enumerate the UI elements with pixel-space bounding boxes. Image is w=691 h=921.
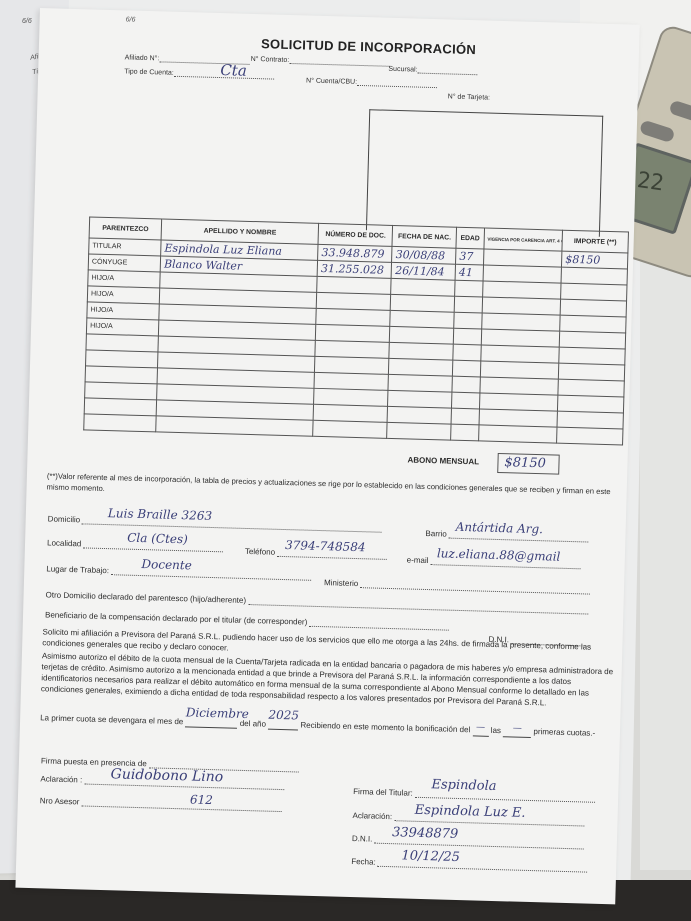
cell-doc-value: 33.948.879: [321, 246, 384, 261]
workplace-value: Docente: [141, 557, 192, 572]
first-fee-year-value: 2025: [268, 708, 299, 723]
las-label: las: [491, 726, 501, 735]
branch-label: Sucursal:: [388, 66, 417, 74]
cell-relation: [85, 366, 158, 384]
phone-value: 3794-748584: [285, 538, 366, 554]
locality-value: Cla (Ctes): [127, 531, 188, 547]
holder-signature-value: Espindola: [431, 777, 496, 794]
first-fee-year-field[interactable]: 2025: [268, 720, 298, 731]
first-fee-line: La primer cuota se devengara el mes de D…: [40, 713, 595, 739]
monthly-fee-value: $8150: [504, 455, 546, 471]
holder-dni-field[interactable]: D.N.I. 33948879: [352, 834, 585, 849]
ministry-field[interactable]: Ministerio: [324, 578, 590, 594]
cell-birth[interactable]: [388, 374, 452, 392]
address-label: Domicilio: [48, 514, 81, 524]
email-label: e-mail: [407, 555, 429, 565]
cell-name-value: Espindola Luz Eliana: [164, 242, 282, 258]
other-address-label: Otro Domicilio declarado del parentesco …: [45, 590, 246, 605]
neighborhood-value: Antártida Arg.: [455, 520, 543, 536]
las-value: —: [513, 723, 522, 733]
cell-amount[interactable]: $8150: [562, 251, 628, 269]
branch-field[interactable]: Sucursal:: [388, 64, 477, 75]
col-header-doc: NÚMERO DE DOC.: [318, 223, 393, 246]
account-type-value: Cta: [220, 61, 247, 80]
advisor-value: 612: [190, 792, 213, 807]
neighborhood-field[interactable]: Barrio Antártida Arg.: [425, 529, 589, 543]
desk-surface: [640, 250, 691, 870]
cell-birth[interactable]: [387, 422, 451, 440]
footnote: (**)Valor referente al mes de incorporac…: [46, 470, 626, 508]
cell-birth[interactable]: 26/11/84: [392, 262, 456, 280]
incorporation-form-sheet: 6/6 SOLICITUD DE INCORPORACIÓN Afiliado …: [15, 8, 639, 904]
date-value: 10/12/25: [401, 848, 460, 865]
cell-age-value: 37: [459, 250, 473, 263]
cell-birth[interactable]: 30/08/88: [392, 246, 456, 264]
cell-relation: [86, 334, 159, 352]
beneficiary-label: Beneficiario de la compensación declarad…: [45, 610, 308, 626]
cell-age[interactable]: [454, 312, 482, 329]
col-header-birth: FECHA DE NAC.: [392, 225, 456, 248]
cell-birth[interactable]: [391, 294, 455, 312]
account-cbu-field[interactable]: N° Cuenta/CBU:: [306, 75, 437, 88]
cell-age[interactable]: [451, 424, 479, 441]
cell-age[interactable]: [452, 376, 480, 393]
affiliate-label: Afiliado N°:: [125, 54, 160, 62]
cell-age[interactable]: 41: [455, 264, 483, 281]
col-header-relation: PARENTEZCO: [89, 217, 162, 240]
cell-age[interactable]: [454, 296, 482, 313]
cell-relation: CÓNYUGE: [88, 254, 161, 272]
first-fee-bonus-text: Recibiendo en este momento la bonificaci…: [300, 721, 470, 735]
col-header-waiting: VIGENCIA POR CARENCIA ART. 4 CONDICIONES…: [484, 228, 563, 251]
first-fee-prefix: La primer cuota se devengara el mes de: [40, 713, 183, 726]
holder-signature-label: Firma del Titular:: [353, 787, 413, 798]
cell-amount[interactable]: [559, 331, 625, 349]
holder-signature-field[interactable]: Firma del Titular: Espindola: [353, 787, 595, 803]
cell-age[interactable]: [452, 360, 480, 377]
cell-amount-value: $8150: [565, 253, 600, 267]
cell-amount[interactable]: [557, 427, 623, 445]
cell-birth[interactable]: [389, 358, 453, 376]
cell-amount[interactable]: [560, 315, 626, 333]
card-number-field[interactable]: N° de Tarjeta:: [448, 93, 491, 101]
cell-birth[interactable]: [388, 390, 452, 408]
back-page-number: 6/6: [22, 18, 32, 25]
holder-clarification-label: Aclaración:: [352, 811, 392, 821]
cell-relation: [84, 414, 157, 432]
phone-label: Teléfono: [245, 547, 275, 557]
card-number-box: [366, 109, 603, 236]
account-type-label: Tipo de Cuenta:: [124, 68, 174, 76]
holder-clarification-field[interactable]: Aclaración: Espindola Luz E.: [352, 811, 584, 826]
cell-age[interactable]: [455, 280, 483, 297]
cell-amount[interactable]: [560, 299, 626, 317]
contract-field[interactable]: N° Contrato:: [251, 54, 390, 67]
cell-waiting[interactable]: [478, 425, 557, 443]
date-label: Fecha:: [351, 857, 376, 867]
advisor-field[interactable]: Nro Asesor 612: [40, 796, 282, 812]
cell-age[interactable]: [453, 344, 481, 361]
workplace-field[interactable]: Lugar de Trabajo: Docente: [46, 564, 311, 580]
ministry-label: Ministerio: [324, 578, 358, 588]
card-number-label: N° de Tarjeta:: [448, 93, 491, 101]
cell-name[interactable]: [156, 416, 313, 436]
cell-age[interactable]: 37: [456, 248, 484, 265]
first-fee-month-field[interactable]: Diciembre: [185, 717, 237, 728]
las-field[interactable]: —: [503, 726, 531, 738]
holder-dni-label: D.N.I.: [352, 834, 373, 844]
cell-birth[interactable]: [390, 326, 454, 344]
account-cbu-label: N° Cuenta/CBU:: [306, 77, 357, 85]
first-fee-suffix: primeras cuotas.-: [533, 727, 595, 738]
col-header-amount: IMPORTE (**): [562, 230, 628, 253]
cell-amount[interactable]: [559, 363, 625, 381]
cell-birth[interactable]: [390, 310, 454, 328]
neighborhood-label: Barrio: [425, 529, 447, 539]
date-field[interactable]: Fecha: 10/12/25: [351, 857, 588, 873]
first-fee-month-value: Diciembre: [186, 705, 249, 721]
cell-birth-value: 30/08/88: [396, 248, 446, 262]
form-title: SOLICITUD DE INCORPORACIÓN: [261, 36, 476, 57]
locality-field[interactable]: Localidad Cla (Ctes): [47, 538, 223, 552]
cell-amount[interactable]: [561, 267, 627, 285]
cell-amount[interactable]: [559, 347, 625, 365]
cell-age[interactable]: [451, 408, 479, 425]
calc-button: [639, 119, 676, 143]
cell-age[interactable]: [453, 328, 481, 345]
other-address-field[interactable]: Otro Domicilio declarado del parentesco …: [45, 590, 588, 614]
witness-clarification-label: Aclaración :: [40, 774, 82, 784]
advisor-label: Nro Asesor: [40, 796, 80, 806]
workplace-label: Lugar de Trabajo:: [46, 564, 109, 575]
account-type-field[interactable]: Tipo de Cuenta: Cta: [124, 66, 274, 79]
cell-amount[interactable]: [561, 283, 627, 301]
address-field[interactable]: Domicilio Luis Braille 3263: [48, 514, 383, 532]
contract-label: N° Contrato:: [251, 56, 290, 64]
bonus-value: —: [476, 722, 485, 732]
cell-doc[interactable]: [313, 420, 388, 438]
page-number: 6/6: [126, 16, 136, 23]
holder-dni-value: 33948879: [392, 825, 459, 842]
address-value: Luis Braille 3263: [108, 506, 213, 523]
cell-name-value: Blanco Walter: [164, 258, 242, 273]
cell-amount[interactable]: [557, 411, 623, 429]
monthly-fee-label: ABONO MENSUAL: [407, 455, 479, 466]
calc-button: [668, 100, 691, 124]
cell-relation: HIJO/A: [87, 286, 160, 304]
cell-birth[interactable]: [391, 278, 455, 296]
witness-clarification-field[interactable]: Aclaración : Guidobono Lino: [40, 774, 284, 790]
monthly-fee-field[interactable]: $8150: [497, 453, 560, 475]
col-header-age: EDAD: [456, 227, 484, 249]
cell-doc-value: 31.255.028: [321, 262, 384, 277]
cell-birth-value: 26/11/84: [395, 264, 445, 278]
cell-birth[interactable]: [389, 342, 453, 360]
phone-field[interactable]: Teléfono 3794-748584: [245, 547, 387, 560]
email-field[interactable]: e-mail luz.eliana.88@gmail: [407, 555, 581, 569]
bonus-field[interactable]: —: [472, 725, 488, 736]
cell-age-value: 41: [459, 266, 473, 279]
members-table: PARENTEZCO APELLIDO Y NOMBRE NÚMERO DE D…: [83, 216, 629, 445]
cell-amount[interactable]: [558, 395, 624, 413]
calc-display-value: 22: [636, 168, 666, 196]
cell-amount[interactable]: [558, 379, 624, 397]
locality-label: Localidad: [47, 538, 81, 548]
cell-birth[interactable]: [388, 406, 452, 424]
holder-clarification-value: Espindola Luz E.: [415, 803, 526, 821]
cell-age[interactable]: [452, 392, 480, 409]
witness-clarification-value: Guidobono Lino: [110, 766, 223, 785]
